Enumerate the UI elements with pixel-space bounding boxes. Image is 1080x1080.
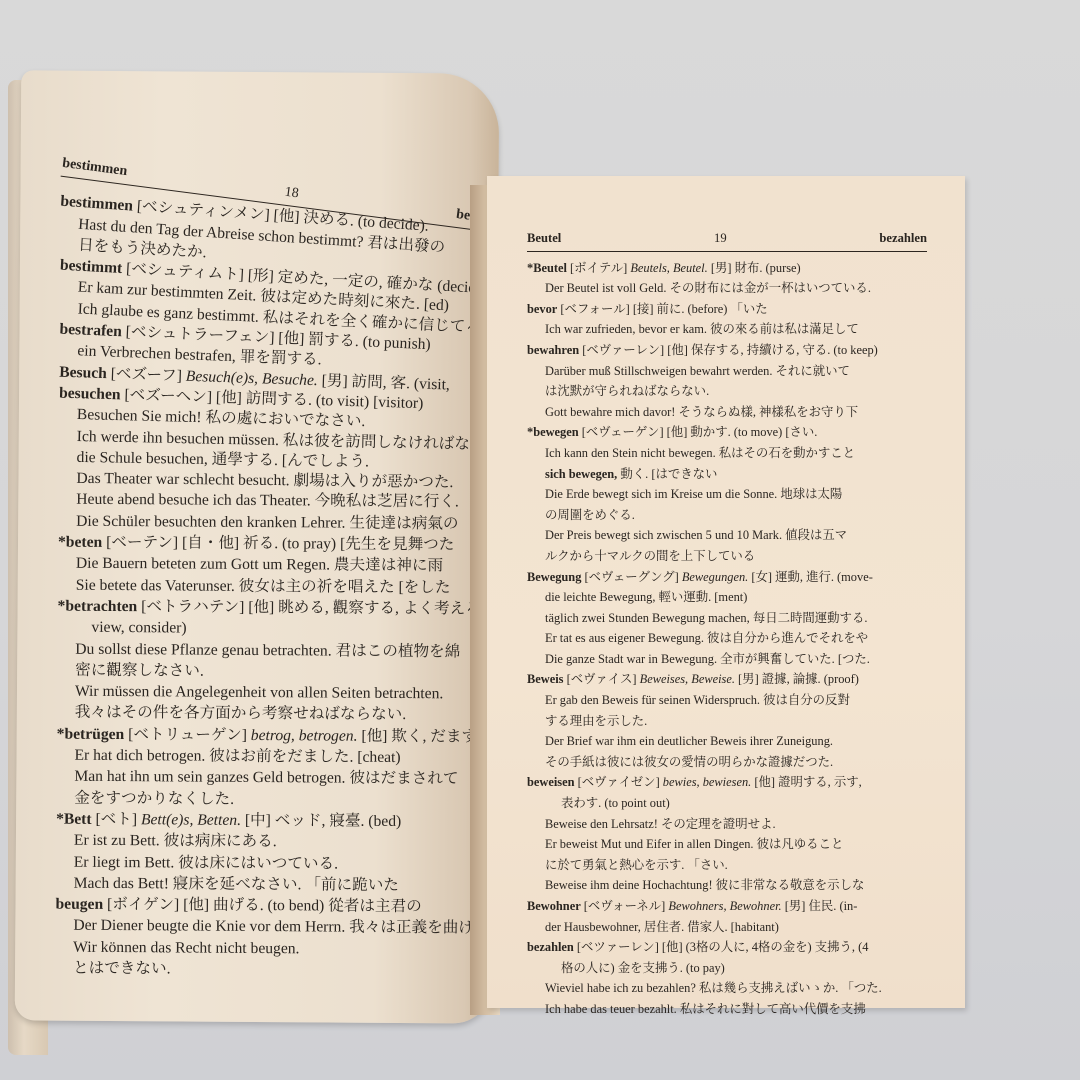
- example-line: する理由を示した.: [527, 711, 927, 732]
- example-line: Ich war zufrieden, bevor er kam. 彼の來る前は私…: [527, 319, 927, 340]
- example-line: 格の人に) 金を支拂う. (to pay): [527, 958, 927, 979]
- example-line: Er beweist Mut und Eifer in allen Dingen…: [527, 834, 927, 855]
- right-page: Beutel 19 bezahlen *Beutel [ボイテル] Beutel…: [487, 176, 965, 1008]
- left-entry-list: bestimmen [ベシュティンメン] [他] 決める. (to decide…: [55, 191, 490, 982]
- headword: bestimmen: [60, 193, 134, 215]
- example-text: その手紙は彼には彼女の愛情の明らかな證據だつた.: [545, 755, 833, 769]
- example-line: ルクから十マルクの間を上下している: [527, 546, 927, 567]
- subentry-word: sich bewegen,: [545, 467, 617, 481]
- example-text: Er liegt im Bett. 彼は床にはいつている.: [74, 853, 338, 872]
- example-line: Er liegt im Bett. 彼は床にはいつている.: [56, 851, 486, 875]
- entry-definition: [ベフォール] [接] 前に. (before) 「いた: [557, 302, 767, 316]
- example-text: とはできない.: [73, 960, 171, 978]
- dictionary-entry-line: beweisen [ベヴァイゼン] bewies, bewiesen. [他] …: [527, 772, 927, 793]
- inflection-forms: Beweises, Beweise.: [640, 672, 735, 686]
- example-line: sich bewegen, 動く. [はできない: [527, 464, 927, 485]
- example-text: Du sollst diese Pflanze genau betrachten…: [75, 640, 460, 660]
- example-text: Die Bauern beteten zum Gott um Regen. 農夫…: [76, 555, 443, 575]
- dictionary-entry-line: bevor [ベフォール] [接] 前に. (before) 「いた: [527, 299, 927, 320]
- headword: bezahlen: [527, 940, 574, 954]
- example-line: Wir müssen die Angelegenheit von allen S…: [57, 681, 487, 705]
- inflection-forms: Bett(e)s, Betten.: [141, 811, 241, 829]
- example-text: ルクから十マルクの間を上下している: [545, 549, 755, 563]
- inflection-forms: bewies, bewiesen.: [663, 775, 751, 789]
- example-text: Ich war zufrieden, bevor er kam. 彼の來る前は私…: [545, 322, 859, 336]
- example-text: Sie betete das Vaterunser. 彼女は主の祈を唱えた [を…: [76, 576, 451, 596]
- entry-meaning: [男] 證據, 論據. (proof): [735, 672, 859, 686]
- entry-definition: [ベヴォーネル]: [581, 899, 669, 913]
- headword: bewahren: [527, 343, 579, 357]
- example-text: は沈默が守られねばならない.: [545, 384, 709, 398]
- inflection-forms: Bewegungen.: [682, 570, 748, 584]
- example-text: Die Schüler besuchten den kranken Lehrer…: [76, 512, 458, 532]
- dictionary-entry-line: bewahren [ベヴァーレン] [他] 保存する, 持續ける, 守る. (t…: [527, 340, 927, 361]
- example-text: view, consider): [91, 619, 186, 637]
- headword: Besuch: [59, 363, 107, 382]
- headword: beweisen: [527, 775, 575, 789]
- example-text: 金をすつかりなくした.: [74, 789, 234, 807]
- example-line: Beweise den Lehrsatz! その定理を證明せよ.: [527, 814, 927, 835]
- example-text: Er ist zu Bett. 彼は病床にある.: [74, 832, 277, 850]
- left-page-number: 18: [283, 182, 300, 205]
- entry-definition: [ベーテン] [自・他] 祈る. (to pray) [先生を見舞つた: [102, 534, 454, 553]
- example-line: Die Schüler besuchten den kranken Lehrer…: [58, 510, 488, 534]
- headword: besuchen: [59, 385, 121, 404]
- right-header-first-word: Beutel: [527, 228, 561, 249]
- example-text: der Hausbewohner, 居住者. 借家人. [habitant): [545, 920, 779, 934]
- headword: *beten: [58, 534, 102, 551]
- right-page-number: 19: [714, 228, 727, 249]
- entry-definition: [ベトラハテン] [他] 眺める, 觀察する, よく考える. (to: [137, 598, 487, 618]
- example-text: Die Erde bewegt sich im Kreise um die So…: [545, 487, 842, 501]
- entry-definition: [ベトリューゲン]: [124, 726, 251, 744]
- entry-definition: [ボイゲン] [他] 曲げる. (to bend) 從者は主君の: [103, 896, 422, 915]
- inflection-forms: Beutels, Beutel.: [630, 261, 707, 275]
- example-text: die leichte Bewegung, 輕い運動. [ment): [545, 590, 747, 604]
- entry-definition: [ベヴァイス]: [563, 672, 639, 686]
- dictionary-entry-line: *beten [ベーテン] [自・他] 祈る. (to pray) [先生を見舞…: [58, 532, 488, 556]
- dictionary-entry-line: *Beutel [ボイテル] Beutels, Beutel. [男] 財布. …: [527, 258, 927, 279]
- example-text: する理由を示した.: [545, 714, 647, 728]
- example-line: Darüber muß Stillschweigen bewahrt werde…: [527, 361, 927, 382]
- headword: bestimmt: [60, 257, 123, 277]
- example-line: は沈默が守られねばならない.: [527, 381, 927, 402]
- example-text: Er tat es aus eigener Bewegung. 彼は自分から進ん…: [545, 631, 868, 645]
- headword: *Beutel: [527, 261, 567, 275]
- dictionary-entry-line: *betrachten [ベトラハテン] [他] 眺める, 觀察する, よく考え…: [58, 596, 488, 620]
- example-line: Die ganze Stadt war in Bewegung. 全市が興奮して…: [527, 649, 927, 670]
- example-line: に於て勇氣と熱心を示す. 「さい.: [527, 855, 927, 876]
- entry-definition: [ベズーフ]: [107, 365, 187, 385]
- entry-definition: [ベト]: [92, 811, 141, 828]
- dictionary-entry-line: Bewohner [ベヴォーネル] Bewohners, Bewohner. […: [527, 896, 927, 917]
- example-line: 金をすつかりなくした.: [56, 787, 486, 811]
- example-text: 我々はその件を各方面から考察せねばならない.: [75, 704, 406, 723]
- right-entry-list: *Beutel [ボイテル] Beutels, Beutel. [男] 財布. …: [527, 258, 927, 1020]
- entry-meaning: [男] 財布. (purse): [708, 261, 801, 275]
- entry-meaning: [男] 住民. (in-: [782, 899, 858, 913]
- entry-meaning: [女] 運動, 進行. (move-: [748, 570, 873, 584]
- example-text: 格の人に) 金を支拂う. (to pay): [561, 961, 725, 975]
- example-text: Ich kann den Stein nicht bewegen. 私はその石を…: [545, 446, 855, 460]
- example-line: Beweise ihm deine Hochachtung! 彼に非常なる敬意を…: [527, 875, 927, 896]
- inflection-forms: Besuch(e)s, Besuche.: [186, 367, 319, 388]
- right-page-text: Beutel 19 bezahlen *Beutel [ボイテル] Beutel…: [527, 228, 927, 1020]
- example-line: Man hat ihn um sein ganzes Geld betrogen…: [56, 766, 486, 790]
- example-line: die leichte Bewegung, 輕い運動. [ment): [527, 587, 927, 608]
- example-line: Er tat es aus eigener Bewegung. 彼は自分から進ん…: [527, 628, 927, 649]
- example-text: Der Diener beugte die Knie vor dem Herrn…: [73, 917, 485, 937]
- subentry-meaning: 動く. [はできない: [617, 467, 717, 481]
- entry-definition: [ボイテル]: [567, 261, 630, 275]
- example-line: その手紙は彼には彼女の愛情の明らかな證據だつた.: [527, 752, 927, 773]
- example-line: Wir können das Recht nicht beugen.: [55, 936, 485, 960]
- example-text: Der Brief war ihm ein deutlicher Beweis …: [545, 734, 833, 748]
- inflection-forms: Bewohners, Bewohner.: [668, 899, 781, 913]
- headword: Bewohner: [527, 899, 581, 913]
- example-text: Mach das Bett! 寢床を延べなさい. 「前に跪いた: [74, 875, 399, 894]
- entry-meaning: [中] ベッド, 寢臺. (bed): [241, 812, 401, 830]
- entry-meaning: [他] 證明する, 示す,: [751, 775, 861, 789]
- example-text: Das Theater war schlecht besucht. 劇場は入りが…: [76, 470, 453, 491]
- example-line: 密に觀察しなさい.: [57, 659, 487, 683]
- inflection-forms: betrog, betrogen.: [251, 727, 358, 745]
- example-text: Ich habe das teuer bezahlt. 私はそれに對して高い代價…: [545, 1002, 866, 1016]
- headword: Beweis: [527, 672, 563, 686]
- example-line: Der Preis bewegt sich zwischen 5 und 10 …: [527, 525, 927, 546]
- dictionary-entry-line: Bewegung [ベヴェーグング] Bewegungen. [女] 運動, 進…: [527, 567, 927, 588]
- dictionary-entry-line: beugen [ボイゲン] [他] 曲げる. (to bend) 從者は主君の: [55, 894, 485, 918]
- example-line: Mach das Bett! 寢床を延べなさい. 「前に跪いた: [56, 872, 486, 896]
- example-line: 我々はその件を各方面から考察せねばならない.: [57, 702, 487, 726]
- example-line: Er hat dich betrogen. 彼はお前をだました. [cheat): [56, 745, 486, 769]
- entry-definition: [ベヴァーレン] [他] 保存する, 持續ける, 守る. (to keep): [579, 343, 878, 357]
- example-line: view, consider): [57, 617, 487, 641]
- example-text: Er gab den Beweis für seinen Widerspruch…: [545, 693, 850, 707]
- example-text: に於て勇氣と熱心を示す. 「さい.: [545, 858, 728, 872]
- example-text: Beweise den Lehrsatz! その定理を證明せよ.: [545, 817, 776, 831]
- dictionary-entry-line: Beweis [ベヴァイス] Beweises, Beweise. [男] 證據…: [527, 669, 927, 690]
- example-text: Wieviel habe ich zu bezahlen? 私は幾ら支拂えばいゝ…: [545, 981, 882, 995]
- example-line: Er gab den Beweis für seinen Widerspruch…: [527, 690, 927, 711]
- dictionary-entry-line: *bewegen [ベヴェーゲン] [他] 動かす. (to move) [さい…: [527, 422, 927, 443]
- dictionary-entry-line: *Bett [ベト] Bett(e)s, Betten. [中] ベッド, 寢臺…: [56, 809, 486, 833]
- example-text: Darüber muß Stillschweigen bewahrt werde…: [545, 364, 850, 378]
- headword: beugen: [55, 896, 103, 913]
- example-text: Der Beutel ist voll Geld. その財布には金が一杯はいつて…: [545, 281, 871, 295]
- example-text: Wir können das Recht nicht beugen.: [73, 938, 299, 957]
- example-line: Der Diener beugte die Knie vor dem Herrn…: [55, 915, 485, 939]
- example-text: Wir müssen die Angelegenheit von allen S…: [75, 683, 443, 703]
- example-line: とはできない.: [55, 958, 485, 982]
- headword: bevor: [527, 302, 557, 316]
- entry-definition: [ベヴァイゼン]: [575, 775, 663, 789]
- left-page: bestimmen 18 beugen bestimmen [ベシュティンメン]…: [15, 70, 500, 1023]
- example-text: の周圍をめぐる.: [545, 508, 635, 522]
- example-text: Er beweist Mut und Eifer in allen Dingen…: [545, 837, 843, 851]
- example-text: täglich zwei Stunden Bewegung machen, 每日…: [545, 611, 867, 625]
- right-header-last-word: bezahlen: [879, 228, 927, 249]
- example-text: Er hat dich betrogen. 彼はお前をだました. [cheat): [74, 747, 400, 766]
- example-text: die Schule besuchen, 通學する. [んでしよう.: [76, 449, 369, 471]
- entry-definition: [ベツァーレン] [他] (3格の人に, 4格の金を) 支拂う, (4: [574, 940, 869, 954]
- example-line: 表わす. (to point out): [527, 793, 927, 814]
- example-line: täglich zwei Stunden Bewegung machen, 每日…: [527, 608, 927, 629]
- example-text: Heute abend besuche ich das Theater. 今晩私…: [76, 491, 459, 511]
- example-line: Ich kann den Stein nicht bewegen. 私はその石を…: [527, 443, 927, 464]
- example-text: Man hat ihn um sein ganzes Geld betrogen…: [74, 768, 458, 788]
- example-line: Heute abend besuche ich das Theater. 今晩私…: [58, 489, 488, 513]
- dictionary-entry-line: bezahlen [ベツァーレン] [他] (3格の人に, 4格の金を) 支拂う…: [527, 937, 927, 958]
- example-line: Er ist zu Bett. 彼は病床にある.: [56, 830, 486, 854]
- example-text: Beweise ihm deine Hochachtung! 彼に非常なる敬意を…: [545, 878, 864, 892]
- example-line: Die Erde bewegt sich im Kreise um die So…: [527, 484, 927, 505]
- right-running-head: Beutel 19 bezahlen: [527, 228, 927, 252]
- example-line: Der Beutel ist voll Geld. その財布には金が一杯はいつて…: [527, 278, 927, 299]
- example-text: 表わす. (to point out): [561, 796, 670, 810]
- example-text: Der Preis bewegt sich zwischen 5 und 10 …: [545, 528, 847, 542]
- dictionary-entry-line: *betrügen [ベトリューゲン] betrog, betrogen. [他…: [57, 723, 487, 747]
- headword: *Bett: [56, 811, 92, 828]
- example-line: Der Brief war ihm ein deutlicher Beweis …: [527, 731, 927, 752]
- example-line: der Hausbewohner, 居住者. 借家人. [habitant): [527, 917, 927, 938]
- example-text: Gott bewahre mich davor! そうならぬ樣, 神樣私をお守り…: [545, 405, 858, 419]
- left-page-text: bestimmen 18 beugen bestimmen [ベシュティンメン]…: [55, 153, 491, 982]
- example-line: Sie betete das Vaterunser. 彼女は主の祈を唱えた [を…: [58, 574, 488, 598]
- example-text: 密に觀察しなさい.: [75, 662, 204, 680]
- example-line: Die Bauern beteten zum Gott um Regen. 農夫…: [58, 553, 488, 577]
- example-text: Die ganze Stadt war in Bewegung. 全市が興奮して…: [545, 652, 870, 666]
- headword: *bewegen: [527, 425, 579, 439]
- headword: bestrafen: [59, 321, 122, 341]
- headword: *betrachten: [58, 598, 138, 616]
- entry-meaning: [他] 欺く, だます. (to: [357, 727, 486, 745]
- left-header-first-word: bestimmen: [61, 153, 129, 183]
- example-line: の周圍をめぐる.: [527, 505, 927, 526]
- example-line: Ich habe das teuer bezahlt. 私はそれに對して高い代價…: [527, 999, 927, 1020]
- example-line: Gott bewahre mich davor! そうならぬ樣, 神樣私をお守り…: [527, 402, 927, 423]
- entry-definition: [ベヴェーゲン] [他] 動かす. (to move) [さい.: [579, 425, 818, 439]
- headword: *betrügen: [57, 725, 125, 742]
- headword: Bewegung: [527, 570, 581, 584]
- example-line: Du sollst diese Pflanze genau betrachten…: [57, 638, 487, 662]
- example-line: Wieviel habe ich zu bezahlen? 私は幾ら支拂えばいゝ…: [527, 978, 927, 999]
- entry-definition: [ベヴェーグング]: [581, 570, 681, 584]
